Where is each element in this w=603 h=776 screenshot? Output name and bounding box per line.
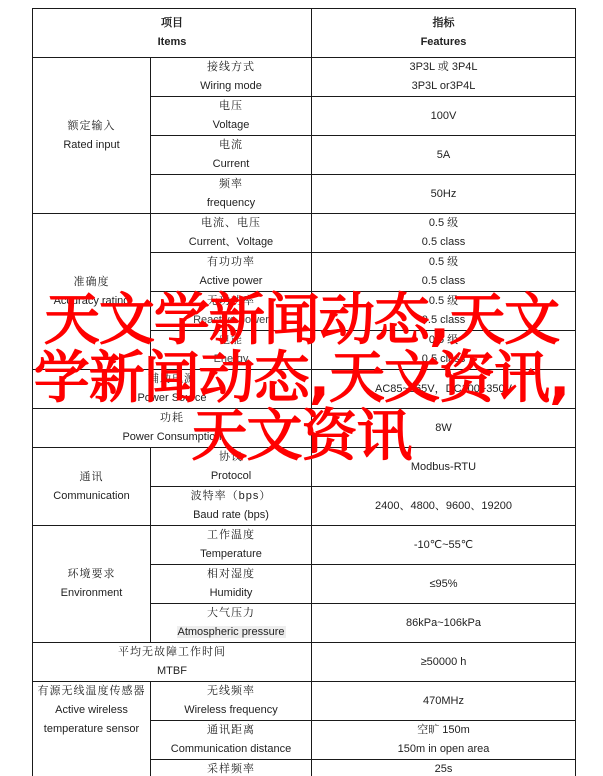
item-cell-aux-power: 辅助电源 Power Source [33, 370, 312, 409]
value-en: 0.5 class [314, 272, 573, 291]
item-en: Communication distance [153, 740, 309, 759]
item-cn: 大气压力 [153, 604, 309, 623]
item-cn: 波特率（bps） [153, 487, 309, 506]
value-cn: 0.5 级 [314, 253, 573, 272]
table-header-row: 项目 Items 指标 Features [33, 9, 576, 58]
item-cn: 电能 [153, 331, 309, 350]
value-cn: 0.5 级 [314, 292, 573, 311]
value-cell: 空旷 150m 150m in open area [312, 721, 576, 760]
group-label-cn: 有源无线温度传感器 [35, 682, 148, 701]
value-en: 0.5 class [314, 233, 573, 252]
item-cell: 无线频率 Wireless frequency [151, 682, 312, 721]
header-features-cn: 指标 [314, 14, 573, 33]
group-label-cn: 环境要求 [35, 565, 148, 584]
item-cn: 工作温度 [153, 526, 309, 545]
group-label-en-1: Active wireless [35, 701, 148, 720]
value-cell: 8W [312, 409, 576, 448]
item-en: Reactive power [153, 311, 309, 330]
value-cell: 100V [312, 97, 576, 136]
item-cn: 辅助电源 [35, 370, 309, 389]
item-en: Wireless frequency [153, 701, 309, 720]
value-cell: 0.5 级 0.5 class [312, 331, 576, 370]
group-accuracy: 准确度 Accuracy rating [33, 214, 151, 370]
header-items-cn: 项目 [35, 14, 309, 33]
item-cell: 相对湿度 Humidity [151, 565, 312, 604]
item-cell: 工作温度 Temperature [151, 526, 312, 565]
group-communication: 通讯 Communication [33, 448, 151, 526]
value-cell: 25s [312, 760, 576, 776]
item-en: Power Consumption [35, 428, 309, 447]
item-cn: 无线频率 [153, 682, 309, 701]
item-cn: 接线方式 [153, 58, 309, 77]
item-cell: 通讯距离 Communication distance [151, 721, 312, 760]
item-cn: 电流 [153, 136, 309, 155]
item-cn: 功耗 [35, 409, 309, 428]
item-en: Humidity [153, 584, 309, 603]
value-cell: 470MHz [312, 682, 576, 721]
item-cn: 采样频率 [153, 760, 309, 776]
item-cell: 波特率（bps） Baud rate (bps) [151, 487, 312, 526]
item-cell: 大气压力 Atmospheric pressure [151, 604, 312, 643]
group-rated-input: 额定输入 Rated input [33, 58, 151, 214]
value-cn: 3P3L 或 3P4L [314, 58, 573, 77]
group-label-en-2: temperature sensor [35, 720, 148, 739]
item-cn: 有功功率 [153, 253, 309, 272]
value-cn: 0.5 级 [314, 214, 573, 233]
table-row: 平均无故障工作时间 MTBF ≥50000 h [33, 643, 576, 682]
group-sensor: 有源无线温度传感器 Active wireless temperature se… [33, 682, 151, 776]
item-en-highlighted: Atmospheric pressure [177, 626, 286, 638]
item-en: Baud rate (bps) [153, 506, 309, 525]
value-cell: 0.5 级 0.5 class [312, 253, 576, 292]
item-en: Protocol [153, 467, 309, 486]
value-cell: 3P3L 或 3P4L 3P3L or3P4L [312, 58, 576, 97]
header-items-en: Items [35, 33, 309, 52]
item-en: MTBF [35, 662, 309, 681]
item-en: Current [153, 155, 309, 174]
table-row: 辅助电源 Power Source AC85~265V，DC100~350V [33, 370, 576, 409]
table-row: 通讯 Communication 协议 Protocol Modbus-RTU [33, 448, 576, 487]
value-cell: ≥50000 h [312, 643, 576, 682]
value-cell: Modbus-RTU [312, 448, 576, 487]
item-cn: 电压 [153, 97, 309, 116]
item-cell: 频率 frequency [151, 175, 312, 214]
value-cell: 86kPa~106kPa [312, 604, 576, 643]
value-en: 3P3L or3P4L [314, 77, 573, 96]
table-row: 环境要求 Environment 工作温度 Temperature -10℃~5… [33, 526, 576, 565]
header-items: 项目 Items [33, 9, 312, 58]
value-en: 0.5 class [314, 350, 573, 369]
item-en: Active power [153, 272, 309, 291]
item-cell: 无功功率 Reactive power [151, 292, 312, 331]
value-cell: 0.5 级 0.5 class [312, 214, 576, 253]
item-cn: 相对湿度 [153, 565, 309, 584]
value-cell: 2400、4800、9600、19200 [312, 487, 576, 526]
value-en: 150m in open area [314, 740, 573, 759]
item-cn: 电流、电压 [153, 214, 309, 233]
value-cell: 0.5 级 0.5 class [312, 292, 576, 331]
item-en: Temperature [153, 545, 309, 564]
group-label-en: Rated input [35, 136, 148, 155]
item-cell: 电流 Current [151, 136, 312, 175]
group-label-cn: 通讯 [35, 468, 148, 487]
value-cell: AC85~265V，DC100~350V [312, 370, 576, 409]
group-label-en: Accuracy rating [35, 292, 148, 311]
table-row: 有源无线温度传感器 Active wireless temperature se… [33, 682, 576, 721]
item-en: Power Source [35, 389, 309, 408]
item-en: frequency [153, 194, 309, 213]
item-cell: 电压 Voltage [151, 97, 312, 136]
table-row: 准确度 Accuracy rating 电流、电压 Current、Voltag… [33, 214, 576, 253]
item-cell-power-consumption: 功耗 Power Consumption [33, 409, 312, 448]
group-label-en: Environment [35, 584, 148, 603]
value-cell: ≤95% [312, 565, 576, 604]
value-cell: -10℃~55℃ [312, 526, 576, 565]
item-cn: 通讯距离 [153, 721, 309, 740]
item-cn: 频率 [153, 175, 309, 194]
item-cn: 协议 [153, 448, 309, 467]
group-environment: 环境要求 Environment [33, 526, 151, 643]
value-cn: 空旷 150m [314, 721, 573, 740]
header-features-en: Features [314, 33, 573, 52]
table-row: 功耗 Power Consumption 8W [33, 409, 576, 448]
item-cell: 接线方式 Wiring mode [151, 58, 312, 97]
value-cell: 50Hz [312, 175, 576, 214]
item-cn: 平均无故障工作时间 [35, 643, 309, 662]
value-en: 0.5 class [314, 311, 573, 330]
item-en: Voltage [153, 116, 309, 135]
item-cell: 有功功率 Active power [151, 253, 312, 292]
spec-table: 项目 Items 指标 Features 额定输入 Rated input 接线… [32, 8, 576, 776]
item-cell-mtbf: 平均无故障工作时间 MTBF [33, 643, 312, 682]
header-features: 指标 Features [312, 9, 576, 58]
group-label-cn: 准确度 [35, 273, 148, 292]
value-cn: 0.5 级 [314, 331, 573, 350]
group-label-en: Communication [35, 487, 148, 506]
item-cell: 电流、电压 Current、Voltage [151, 214, 312, 253]
value-cell: 5A [312, 136, 576, 175]
item-en: Wiring mode [153, 77, 309, 96]
item-cn: 无功功率 [153, 292, 309, 311]
group-label-cn: 额定输入 [35, 117, 148, 136]
item-en: Current、Voltage [153, 233, 309, 252]
item-cell: 协议 Protocol [151, 448, 312, 487]
item-cell: 电能 Energy [151, 331, 312, 370]
item-cell: 采样频率 [151, 760, 312, 776]
item-en: Energy [153, 350, 309, 369]
table-row: 额定输入 Rated input 接线方式 Wiring mode 3P3L 或… [33, 58, 576, 97]
